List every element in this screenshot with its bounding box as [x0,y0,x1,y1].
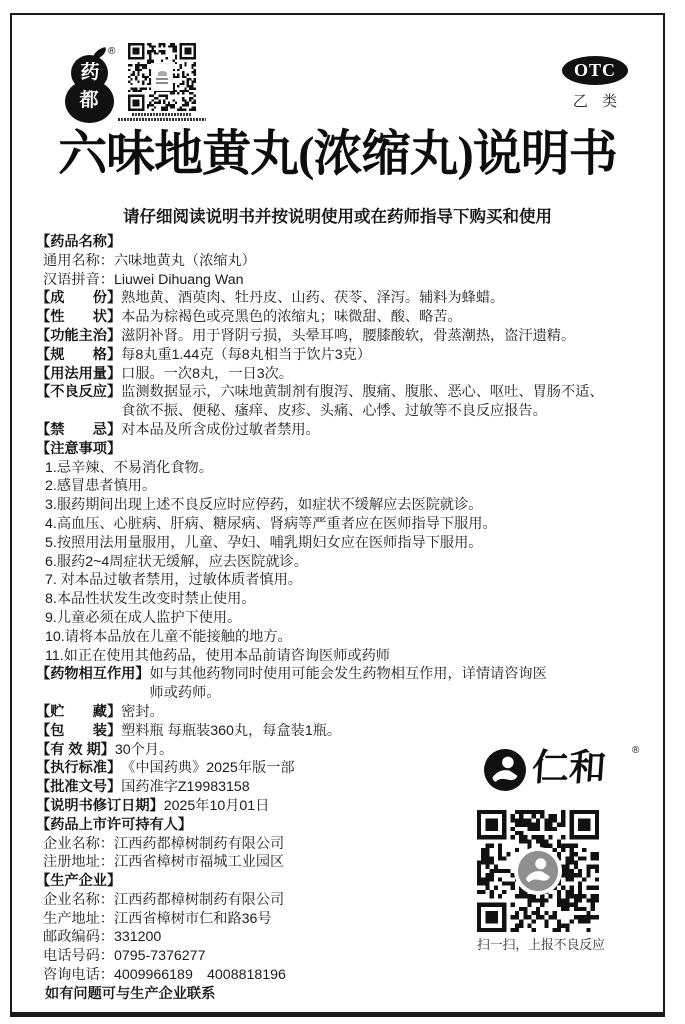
precaution-item-2: 2.感冒患者慎用。 [36,477,648,496]
row-functions: 【功能主治】滋阴补肾。用于肾阴亏损，头晕耳鸣，腰膝酸软，骨蒸潮热，盗汗遗精。 [36,327,648,346]
brand-char-bottom: 都 [56,91,122,110]
registered-mark: ® [108,46,115,57]
renhe-logo: 仁和 ® [484,747,654,795]
row-ingredients: 【成 份】熟地黄、酒萸肉、牡丹皮、山药、茯苓、泽泻。辅料为蜂蜡。 [36,289,648,308]
page-subtitle: 请仔细阅读说明书并按说明使用或在药师指导下购买和使用 [10,203,665,227]
page-title: 六味地黄丸(浓缩丸)说明书 [10,120,665,189]
row-dosage: 【用法用量】口服。一次8丸，一日3次。 [36,365,648,384]
renhe-wordmark: 仁和 [530,747,607,791]
precaution-item-11: 11.如正在使用其他药品，使用本品前请咨询医师或药师 [36,647,648,666]
row-drug-interactions: 【药物相互作用】如与其他药物同时使用可能会发生药物相互作用，详情请咨询医师或药师… [36,665,648,703]
precaution-item-9: 9.儿童必须在成人监护下使用。 [36,609,648,628]
brand-char-top: 药 [57,63,123,82]
qr-center-label [152,64,172,90]
precaution-item-7: 7. 对本品过敏者禁用，过敏体质者慎用。 [36,571,648,590]
qr-scan-caption: 扫一扫，上报不良反应 [477,934,617,953]
row-generic-name: 通用名称：六味地黄丸（浓缩丸） [36,252,648,271]
row-hotline: 咨询电话：4009966189 4008818196 [36,966,648,985]
precaution-item-3: 3.服药期间出现上述不良反应时应停药，如症状不缓解应去医院就诊。 [36,496,648,515]
qr-code-adverse-report [477,810,599,932]
precaution-item-10: 10.请将本品放在儿童不能接触的地方。 [36,628,648,647]
row-storage: 【贮 藏】密封。 [36,703,648,722]
row-pinyin: 汉语拼音：Liuwei Dihuang Wan [36,271,648,290]
row-drug-name-heading: 【药品名称】 [36,233,648,252]
row-contraindications: 【禁 忌】对本品及所含成份过敏者禁用。 [36,421,648,440]
row-contact-note: 如有问题可与生产企业联系 [36,985,648,1004]
precaution-item-4: 4.高血压、心脏病、肝病、糖尿病、肾病等严重者应在医师指导下服用。 [36,515,648,534]
row-adverse-reactions: 【不良反应】监测数据显示，六味地黄制剂有腹泻、腹痛、腹胀、恶心、呕吐、胃肠不适、… [36,383,648,421]
row-description: 【性 状】本品为棕褐色或亮黑色的浓缩丸；味微甜、酸、略苦。 [36,308,648,327]
leaflet-page: 药 都 ® OTC 乙 类 六味地黄丸(浓缩丸)说明书 请仔细阅读说明书并按说明… [0,0,685,1024]
qr-center-renhe-icon [518,851,558,891]
qr-code-top [128,43,196,111]
row-precautions-heading: 【注意事项】 [36,440,648,459]
otc-class-label: 乙 类 [560,90,630,111]
otc-block: OTC 乙 类 [560,56,630,111]
precaution-item-1: 1.忌辛辣、不易消化食物。 [36,459,648,478]
renhe-registered-mark: ® [632,745,639,756]
precaution-item-6: 6.服药2~4周症状无缓解，应去医院就诊。 [36,553,648,572]
renhe-figure-icon [484,749,526,791]
row-packaging: 【包 装】塑料瓶 每瓶装360丸，每盒装1瓶。 [36,722,648,741]
row-specification: 【规 格】每8丸重1.44克（每8丸相当于饮片3克） [36,346,648,365]
yaodu-gourd-logo: 药 都 ® [56,52,122,122]
otc-badge: OTC [562,56,628,85]
precaution-item-5: 5.按照用法用量服用，儿童、孕妇、哺乳期妇女应在医师指导下服用。 [36,534,648,553]
precaution-item-8: 8.本品性状发生改变时禁止使用。 [36,590,648,609]
qr-microtext-line1 [132,113,192,116]
